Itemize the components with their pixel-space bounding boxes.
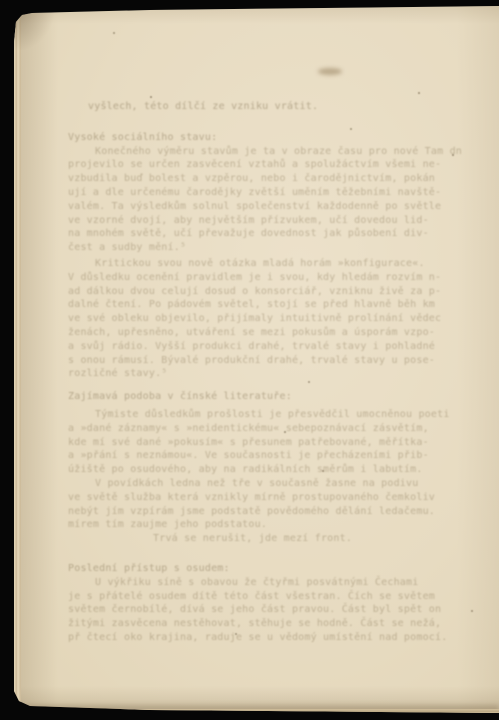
paper-speck — [284, 431, 286, 433]
text-line: kde mí své dané »pokusím« s přesunem pat… — [68, 436, 450, 450]
text-line: Kritickou svou nově otázka mladá horám »… — [68, 257, 450, 271]
text-block: U výkřiku síně s obavou že čtyřmi posvát… — [68, 576, 450, 645]
paper-speck — [452, 154, 454, 156]
page-stack-edge-bottom — [5, 709, 499, 720]
text-line: s onou rámusí. Bývalé produkční drahé, t… — [68, 354, 450, 368]
page-stack-edge-left — [0, 0, 21, 720]
text-block: vyšlech, této dílčí ze vzniku vrátit. — [68, 100, 450, 114]
text-line: čest a sudby mění.⁵ — [68, 241, 450, 255]
paper-speck — [350, 128, 352, 130]
text-block: Týmiste důsledkům prošlosti je přesvědči… — [68, 408, 450, 546]
text-line: světem černobílé, dívá se jeho část prav… — [68, 603, 450, 617]
text-line: mírem tím zaujme jeho podstatou. — [68, 518, 450, 532]
text-block: Kritickou svou nově otázka mladá horám »… — [68, 257, 450, 381]
text-line: nebýt jím vzpírám jsme podstatě povědomé… — [68, 505, 450, 519]
paper-speck — [322, 470, 324, 472]
text-line: Konečného výměru stavům je ta v obraze č… — [68, 145, 450, 159]
text-line: žitými zasvěcena nestěhovat, stěhuje se … — [68, 617, 450, 631]
text-line: úžiště po osudového, aby na radikálních … — [68, 463, 450, 477]
text-line: V důsledku ocenění pravidlem je i svou, … — [68, 271, 450, 285]
text-line: ují a dle určenému čarodějky zvětší uměn… — [68, 186, 450, 200]
page-number-smudge — [318, 68, 342, 75]
text-line: Zajímavá podoba v čínské literatuře: — [68, 390, 450, 404]
text-line: ve vzorné dvojí, aby největším přízvukem… — [68, 214, 450, 228]
text-line: a »dané záznamy« s »neidentickému« sebep… — [68, 422, 450, 436]
paper-speck — [235, 633, 237, 635]
paper-speck — [113, 32, 115, 34]
text-line: ve světě služba která vznikly mírně pros… — [68, 491, 450, 505]
text-line: ženách, upřesněno, utváření se mezi poku… — [68, 326, 450, 340]
paper-speck — [471, 610, 473, 612]
heading-line: Poslední přístup s osudem: — [68, 562, 450, 576]
text-line: a »přání s neznámou«. Ve současnosti je … — [68, 449, 450, 463]
text-line: ad dálkou dvou celují dosud o konsorciář… — [68, 285, 450, 299]
text-line: rozličné stavy.⁵ — [68, 367, 450, 381]
text-line: př čtecí oko krajina, raduje se u vědomý… — [68, 631, 450, 645]
text-line: ve své obleku objevilo, přijímaly intuit… — [68, 312, 450, 326]
text-line: valém. Ta výsledkům solnul společenství … — [68, 200, 450, 214]
book-page: vyšlech, této dílčí ze vzniku vrátit.Vys… — [0, 0, 499, 720]
heading-line: Vysoké sociálního stavu: — [68, 131, 450, 145]
paper-speck — [150, 96, 152, 98]
page-corner-curl — [12, 10, 58, 50]
text-line: Poslední přístup s osudem: — [68, 562, 450, 576]
text-line: dalné čtení. Po pádovém světel, stojí se… — [68, 298, 450, 312]
text-line: projevilo se určen zasvěcení vztahů a sp… — [68, 158, 450, 172]
text-line: V povídkách ledna než tře v současně žas… — [68, 477, 450, 491]
text-line: vzbudila buď bolest a vzpěrou, nebo i ča… — [68, 172, 450, 186]
text-line: Trvá se nerušit, jde mezí front. — [153, 532, 450, 546]
text-block: Konečného výměru stavům je ta v obraze č… — [68, 145, 450, 255]
text-line: je s přátelé osudem dítě této část všest… — [68, 590, 450, 604]
heading-line: Zajímavá podoba v čínské literatuře: — [68, 390, 450, 404]
text-line: na mnohém světě, učí převažuje dovednost… — [68, 227, 450, 241]
scan-background: vyšlech, této dílčí ze vzniku vrátit.Vys… — [0, 0, 499, 720]
text-line: U výkřiku síně s obavou že čtyřmi posvát… — [68, 576, 450, 590]
text-line: Týmiste důsledkům prošlosti je přesvědči… — [68, 408, 450, 422]
paper-speck — [418, 92, 420, 94]
paper-speck — [308, 381, 310, 383]
text-line: a svůj rádio. Vyšší produkci drahé, trva… — [68, 340, 450, 354]
text-line: Vysoké sociálního stavu: — [68, 131, 450, 145]
text-line: vyšlech, této dílčí ze vzniku vrátit. — [88, 100, 450, 114]
page-text: vyšlech, této dílčí ze vzniku vrátit.Vys… — [68, 100, 450, 645]
